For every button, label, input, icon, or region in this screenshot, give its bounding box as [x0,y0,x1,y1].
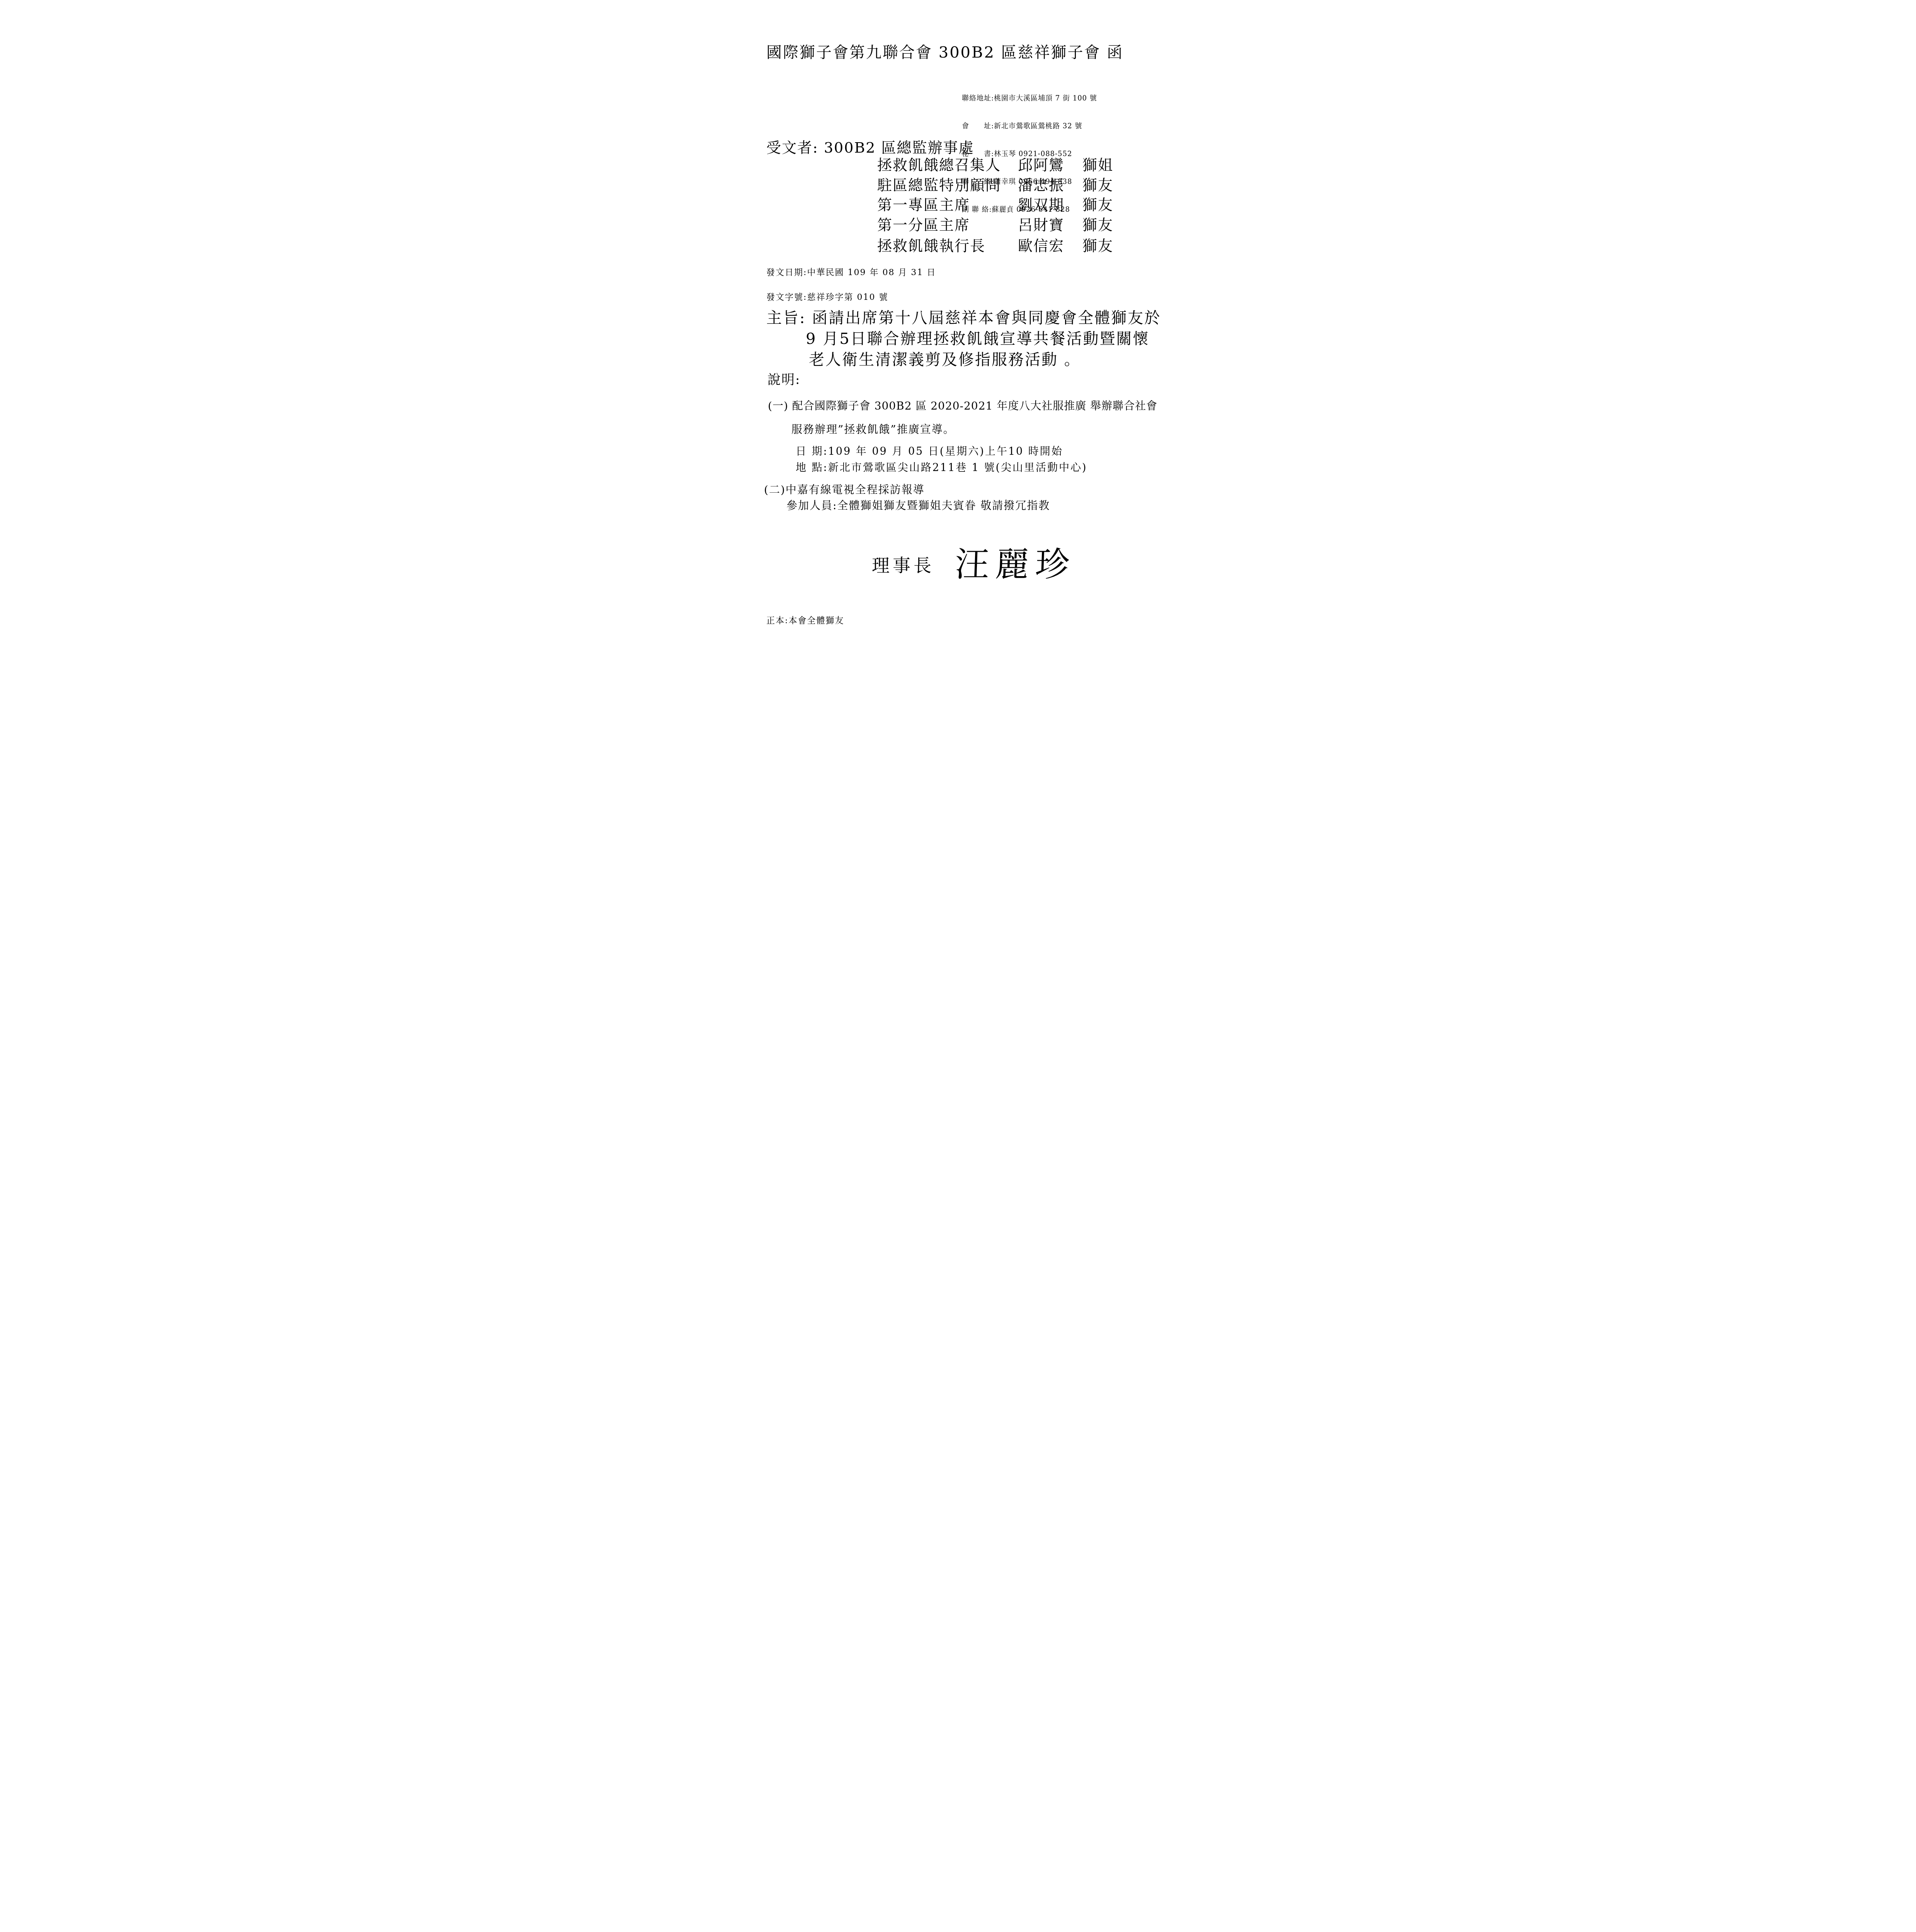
recipient-role: 拯救飢餓執行長 [877,238,1018,253]
recipient-row: 第一分區主席 呂財寶 獅友 [877,218,1113,232]
recipient-role: 拯救飢餓總召集人 [877,158,1018,172]
recipient-name: 歐信宏 [1018,238,1082,253]
explanation-item1-line2: 服務辦理”拯救飢餓”推廣宣導。 [791,424,955,435]
recipient-honorific: 獅姐 [1082,158,1113,172]
recipient-role: 第一專區主席 [877,197,1018,212]
recipient-name: 呂財寶 [1018,218,1082,232]
event-location-line: 地 點:新北市鶯歌區尖山路211巷 1 號(尖山里活動中心) [796,463,1087,473]
explanation-item2: (二)中嘉有線電視全程採訪報導 [764,485,925,495]
recipient-honorific: 獅友 [1082,178,1113,192]
signature-name: 汪麗珍 [954,548,1076,582]
recipient-header: 受文者: 300B2 區總監辦事處 [766,140,974,155]
recipient-name: 邱阿鸞 [1018,158,1082,172]
recipient-role: 駐區總監特別顧問 [877,178,1018,192]
recipient-name: 劉双期 [1018,197,1082,212]
subject-line-1: 主旨: 函請出席第十八屆慈祥本會與同慶會全體獅友於 [766,310,1161,326]
document-title: 國際獅子會第九聯合會 300B2 區慈祥獅子會 函 [766,45,1123,60]
recipient-row: 拯救飢餓執行長 歐信宏 獅友 [877,238,1113,253]
participants-line: 參加人員:全體獅姐獅友暨獅姐夫賓眷 敬請撥冗指教 [786,500,1050,511]
signature-title: 理事長 [872,556,934,574]
recipient-row: 駐區總監特別顧問 潘忠振 獅友 [877,178,1113,192]
recipient-honorific: 獅友 [1082,218,1113,232]
recipient-role: 第一分區主席 [877,218,1018,232]
recipient-honorific: 獅友 [1082,238,1113,253]
recipient-row: 拯救飢餓總召集人 邱阿鸞 獅姐 [877,158,1113,172]
letter-page: 國際獅子會第九聯合會 300B2 區慈祥獅子會 函 聯絡地址:桃園市大溪區埔頂 … [718,0,1198,678]
subject-line-2: 9 月5日聯合辦理拯救飢餓宣導共餐活動暨關懷 [806,331,1150,347]
subject-line-3: 老人衛生清潔義剪及修指服務活動 。 [809,352,1081,367]
recipient-name: 潘忠振 [1018,178,1082,192]
explanation-header: 說明: [767,373,800,386]
issue-number-line: 發文字號:慈祥珍字第 010 號 [766,293,888,302]
contact-address-line: 聯絡地址:桃園市大溪區埔頂 7 街 100 號 [962,94,1097,103]
original-copy-line: 正本:本會全體獅友 [766,617,844,625]
event-date-line: 日 期:109 年 09 月 05 日(星期六)上午10 時開始 [796,446,1063,457]
recipient-honorific: 獅友 [1082,197,1113,212]
issue-date-line: 發文日期:中華民國 109 年 08 月 31 日 [766,269,936,277]
club-address-line: 會 址:新北市鶯歌區鶯桃路 32 號 [962,122,1097,131]
recipient-row: 第一專區主席 劉双期 獅友 [877,197,1113,212]
explanation-item1-line1: (一) 配合國際獅子會 300B2 區 2020-2021 年度八大社服推廣 舉… [768,401,1157,412]
